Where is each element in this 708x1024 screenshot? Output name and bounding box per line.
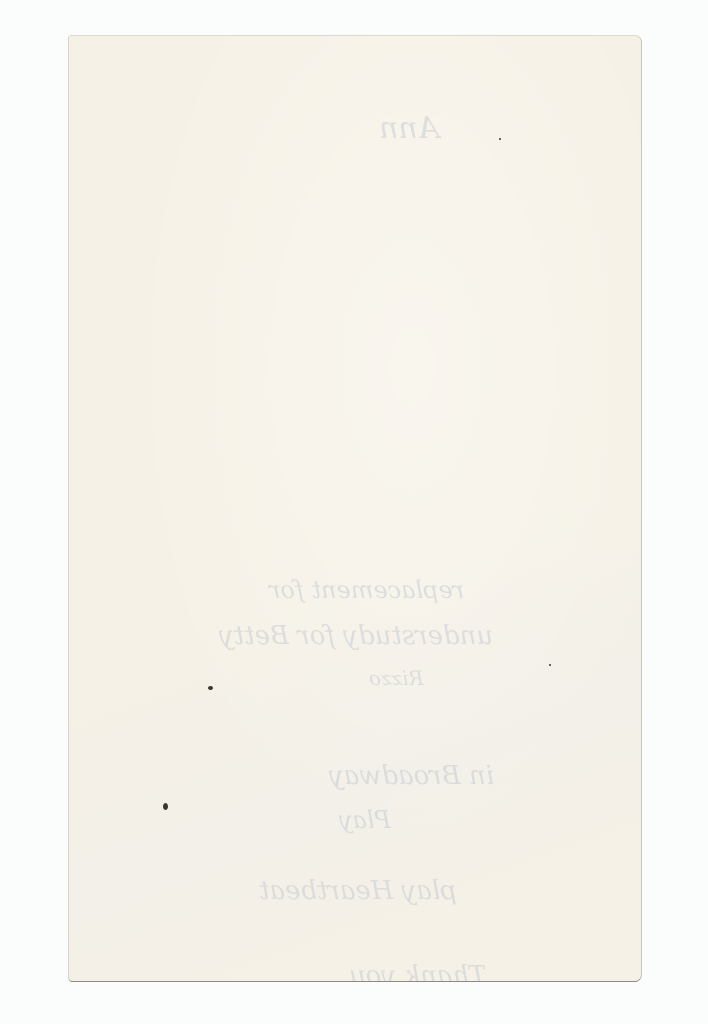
dust-speck — [499, 138, 501, 140]
bleed-through-line: understudy for Betty — [219, 621, 493, 651]
bleed-through-line: in Broadway — [329, 761, 494, 791]
dust-speck — [163, 803, 168, 810]
bleed-through-line: Ann — [379, 111, 439, 146]
bleed-through-line: play Heartbeat — [259, 876, 457, 906]
dust-speck — [208, 686, 213, 690]
dust-speck — [549, 664, 551, 666]
bleed-through-line: Play — [339, 806, 391, 834]
bleed-through-line: Thank you — [349, 961, 486, 981]
card-back: Annreplacement forunderstudy for BettyRi… — [69, 36, 641, 981]
bleed-through-line: Rizzo — [369, 666, 424, 690]
bleed-through-line: replacement for — [269, 576, 464, 604]
